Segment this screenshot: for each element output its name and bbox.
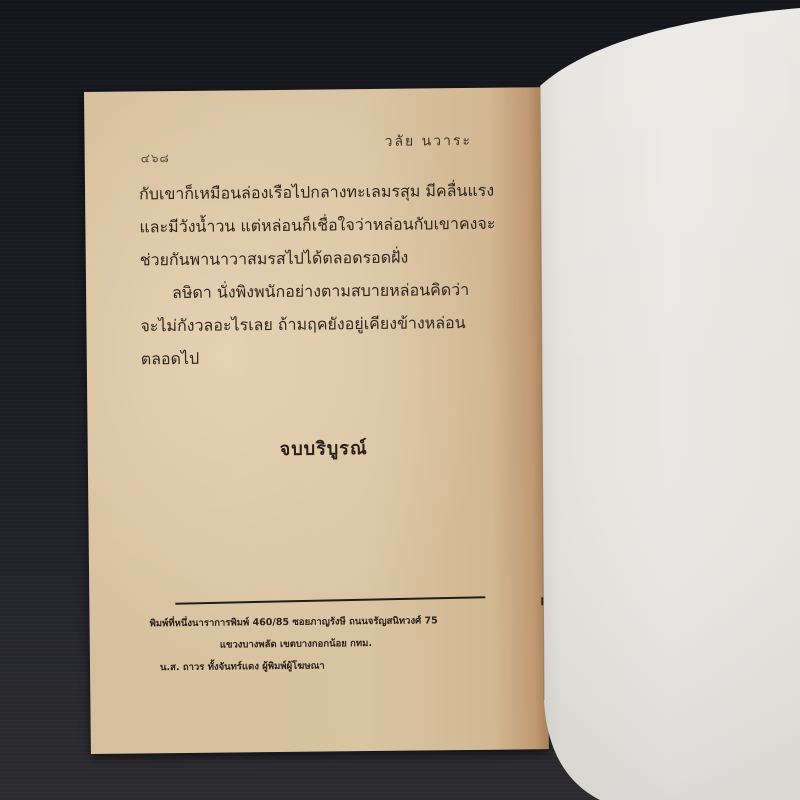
imprint-line: น.ส. ถาวร ทั้งจันทร์แดง ผู้พิมพ์ผู้โฆษณา bbox=[150, 654, 490, 680]
running-head-author: วลัย นวาระ bbox=[384, 130, 472, 153]
horizontal-rule bbox=[175, 596, 485, 604]
text-line: ลษิดา นั่งพิงพนักอย่างตามสบายหล่อนคิดว่า bbox=[140, 273, 480, 310]
text-line: ตลอดไป bbox=[141, 339, 481, 376]
body-text: กับเขาก็เหมือนล่องเรือไปกลางทะเลมรสุม มี… bbox=[139, 174, 481, 376]
the-end-mark: จบบริบูรณ์ bbox=[280, 433, 368, 463]
text-line: กับเขาก็เหมือนล่องเรือไปกลางทะเลมรสุม มี… bbox=[139, 174, 479, 211]
photo-scene: ๔๖๘ วลัย นวาระ กับเขาก็เหมือนล่องเรือไปก… bbox=[0, 0, 800, 800]
right-book-page-curled bbox=[540, 0, 800, 800]
text-line: และมีวังน้ำวน แต่หล่อนก็เชื่อใจว่าหล่อนก… bbox=[139, 207, 479, 244]
printer-imprint: พิมพ์ที่หนึ่งนาราการพิมพ์ 460/85 ซอยภาญร… bbox=[149, 610, 490, 680]
text-line: ช่วยกันพานาวาสมรสไปได้ตลอดรอดฝั่ง bbox=[140, 240, 480, 277]
page-curl-shape bbox=[540, 0, 800, 800]
left-book-page: ๔๖๘ วลัย นวาระ กับเขาก็เหมือนล่องเรือไปก… bbox=[84, 87, 549, 754]
text-line: จะไม่กังวลอะไรเลย ถ้ามฤคยังอยู่เคียงข้าง… bbox=[140, 306, 480, 343]
page-number: ๔๖๘ bbox=[141, 149, 170, 168]
